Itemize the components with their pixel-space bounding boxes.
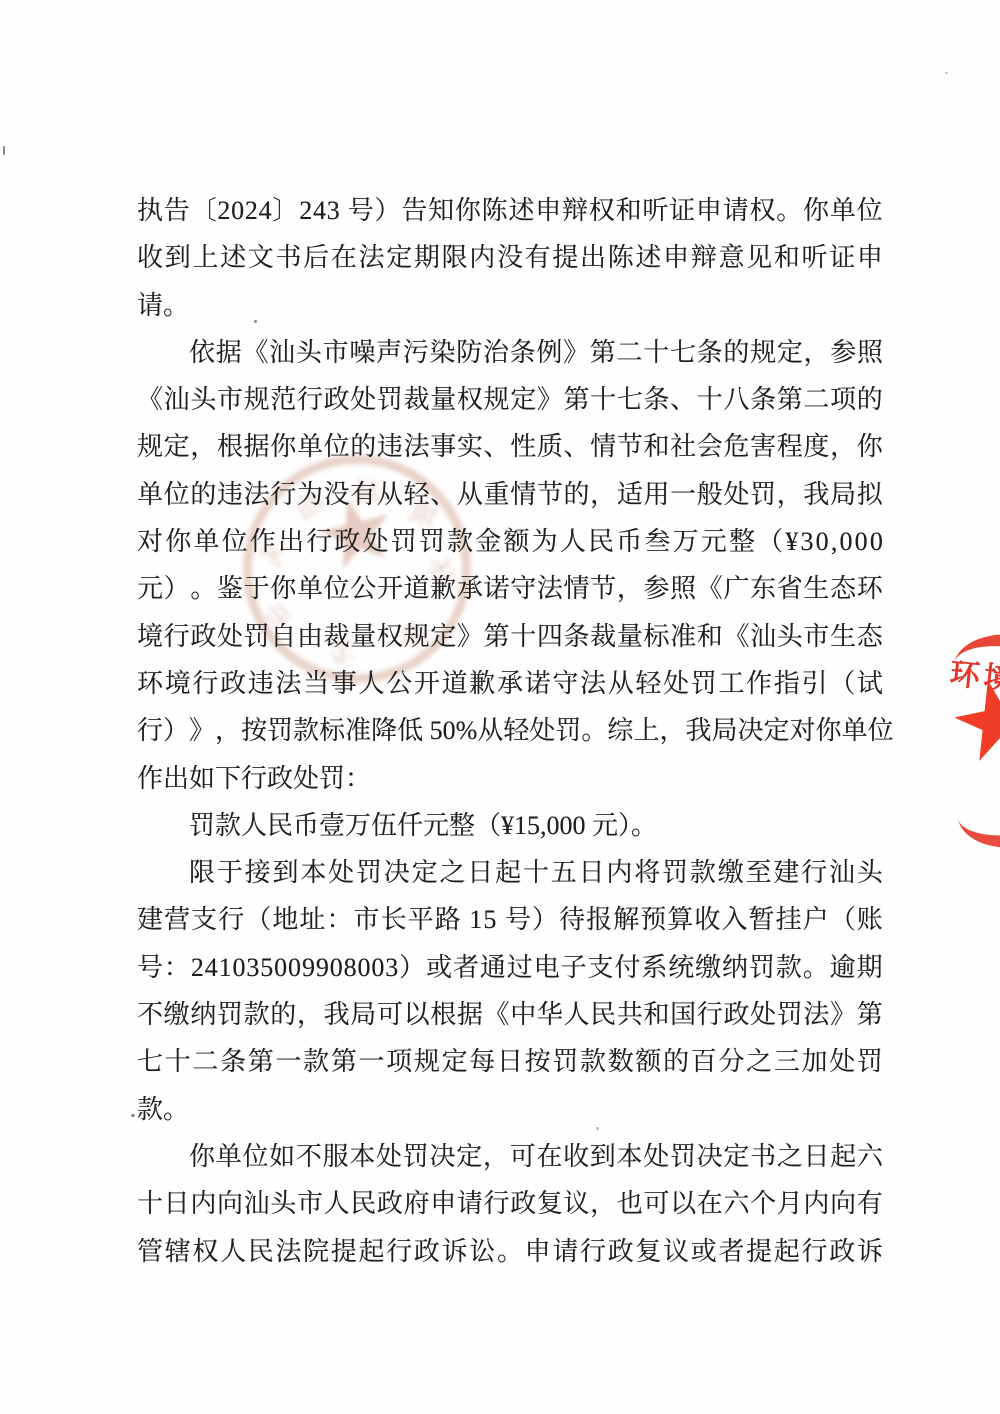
text-line: 行）》，按罚款标准降低 50%从轻处罚。综上，我局决定对你单位 [137,707,883,754]
text-line: 请。 [137,282,883,329]
text-line: 号：241035009908003）或者通过电子支付系统缴纳罚款。逾期 [137,944,883,991]
star-icon: ★ [939,659,1000,782]
text-line: 《汕头市规范行政处罚裁量权规定》第十七条、十八条第二项的 [137,376,883,423]
text-line: 执告〔2024〕243 号）告知你陈述申辩权和听证申请权。你单位 [137,187,883,234]
scan-speck [945,72,948,74]
text-line: 规定，根据你单位的违法事实、性质、情节和社会危害程度，你 [137,423,883,470]
text-line: 作出如下行政处罚： [137,755,883,802]
text-line: 单位的违法行为没有从轻、从重情节的，适用一般处罚，我局拟 [137,471,883,518]
text-line: 对你单位作出行政处罚罚款金额为人民币叁万元整（¥30,000 [137,518,883,565]
text-line: 收到上述文书后在法定期限内没有提出陈述申辩意见和听证申 [137,234,883,281]
text-line: 建营支行（地址：市长平路 15 号）待报解预算收入暂挂户（账 [137,896,883,943]
text-line: 罚款人民币壹万伍仟元整（¥15,000 元）。 [137,802,883,849]
official-seal: 环境 ★ [948,608,1000,868]
text-line: 依据《汕头市噪声污染防治条例》第二十七条的规定，参照 [137,329,883,376]
scanned-page: ★ 汕 头 市 生 态 环 境 局 执告〔2024〕243 号）告知你陈述申辩权… [0,0,1000,1414]
scan-speck [3,146,5,155]
document-text: 执告〔2024〕243 号）告知你陈述申辩权和听证申请权。你单位收到上述文书后在… [137,187,883,1275]
text-line: 管辖权人民法院提起行政诉讼。申请行政复议或者提起行政诉 [137,1228,883,1275]
text-line: 环境行政违法当事人公开道歉承诺守法从轻处罚工作指引（试 [137,660,883,707]
text-line: 境行政处罚自由裁量权规定》第十四条裁量标准和《汕头市生态 [137,613,883,660]
text-line: 元）。鉴于你单位公开道歉承诺守法情节，参照《广东省生态环 [137,565,883,612]
scan-speck [131,1114,135,1117]
text-line: 十日内向汕头市人民政府申请行政复议，也可以在六个月内向有 [137,1180,883,1227]
text-line: 你单位如不服本处罚决定，可在收到本处罚决定书之日起六 [137,1133,883,1180]
text-line: 限于接到本处罚决定之日起十五日内将罚款缴至建行汕头 [137,849,883,896]
text-line: 七十二条第一款第一项规定每日按罚款数额的百分之三加处罚 [137,1038,883,1085]
text-line: 款。 [137,1086,883,1133]
text-line: 不缴纳罚款的，我局可以根据《中华人民共和国行政处罚法》第 [137,991,883,1038]
